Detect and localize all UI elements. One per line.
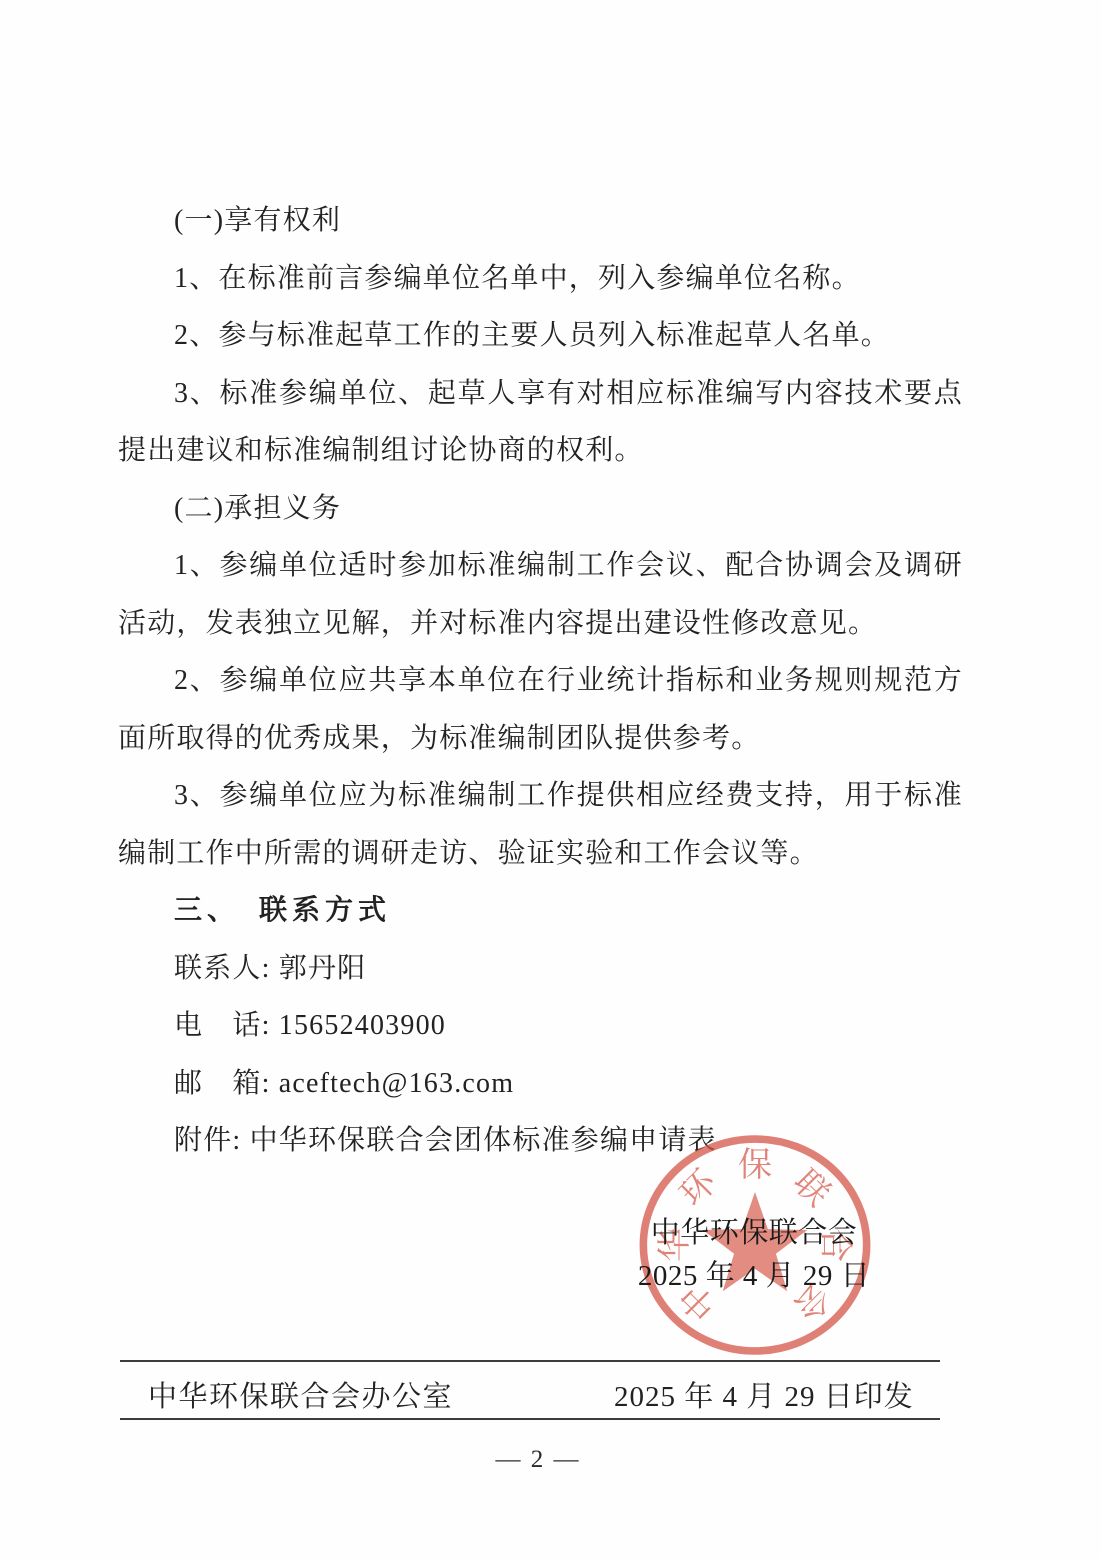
contact-person-line: 联系人: 郭丹阳 <box>118 940 963 998</box>
contact-email-line: 邮 箱: aceftech@163.com <box>118 1055 963 1113</box>
page-number: — 2 — <box>438 1446 638 1474</box>
rights-item-2: 2、参与标准起草工作的主要人员列入标准起草人名单。 <box>118 307 963 365</box>
signature-organization: 中华环保联合会 <box>634 1212 874 1255</box>
document-body: (一)享有权利 1、在标准前言参编单位名单中，列入参编单位名称。 2、参与标准起… <box>118 192 963 1170</box>
signature-date: 2025 年 4 月 29 日 <box>634 1255 874 1298</box>
rights-item-1: 1、在标准前言参编单位名单中，列入参编单位名称。 <box>118 250 963 308</box>
section-heading-rights: (一)享有权利 <box>118 192 963 250</box>
rights-item-3: 3、标准参编单位、起草人享有对相应标准编写内容技术要点提出建议和标准编制组讨论协… <box>118 365 963 480</box>
contact-phone-line: 电 话: 15652403900 <box>118 997 963 1055</box>
scanned-document-page: (一)享有权利 1、在标准前言参编单位名单中，列入参编单位名称。 2、参与标准起… <box>0 0 1102 1559</box>
section-heading-contact: 三、 联系方式 <box>118 882 963 940</box>
signature-block: 中华环保联合会 2025 年 4 月 29 日 <box>634 1212 874 1298</box>
seal-char: 环 <box>674 1163 725 1214</box>
footer-rule-bottom <box>120 1418 940 1420</box>
footer-office: 中华环保联合会办公室 <box>148 1374 453 1415</box>
obligations-item-1: 1、参编单位适时参加标准编制工作会议、配合协调会及调研活动，发表独立见解，并对标… <box>118 537 963 652</box>
footer-rule-top <box>120 1360 940 1362</box>
obligations-item-3: 3、参编单位应为标准编制工作提供相应经费支持，用于标准编制工作中所需的调研走访、… <box>118 767 963 882</box>
section-heading-obligations: (二)承担义务 <box>118 480 963 538</box>
seal-char: 保 <box>738 1146 772 1184</box>
footer-issue-date: 2025 年 4 月 29 日印发 <box>614 1374 914 1415</box>
obligations-item-2: 2、参编单位应共享本单位在行业统计指标和业务规则规范方面所取得的优秀成果，为标准… <box>118 652 963 767</box>
